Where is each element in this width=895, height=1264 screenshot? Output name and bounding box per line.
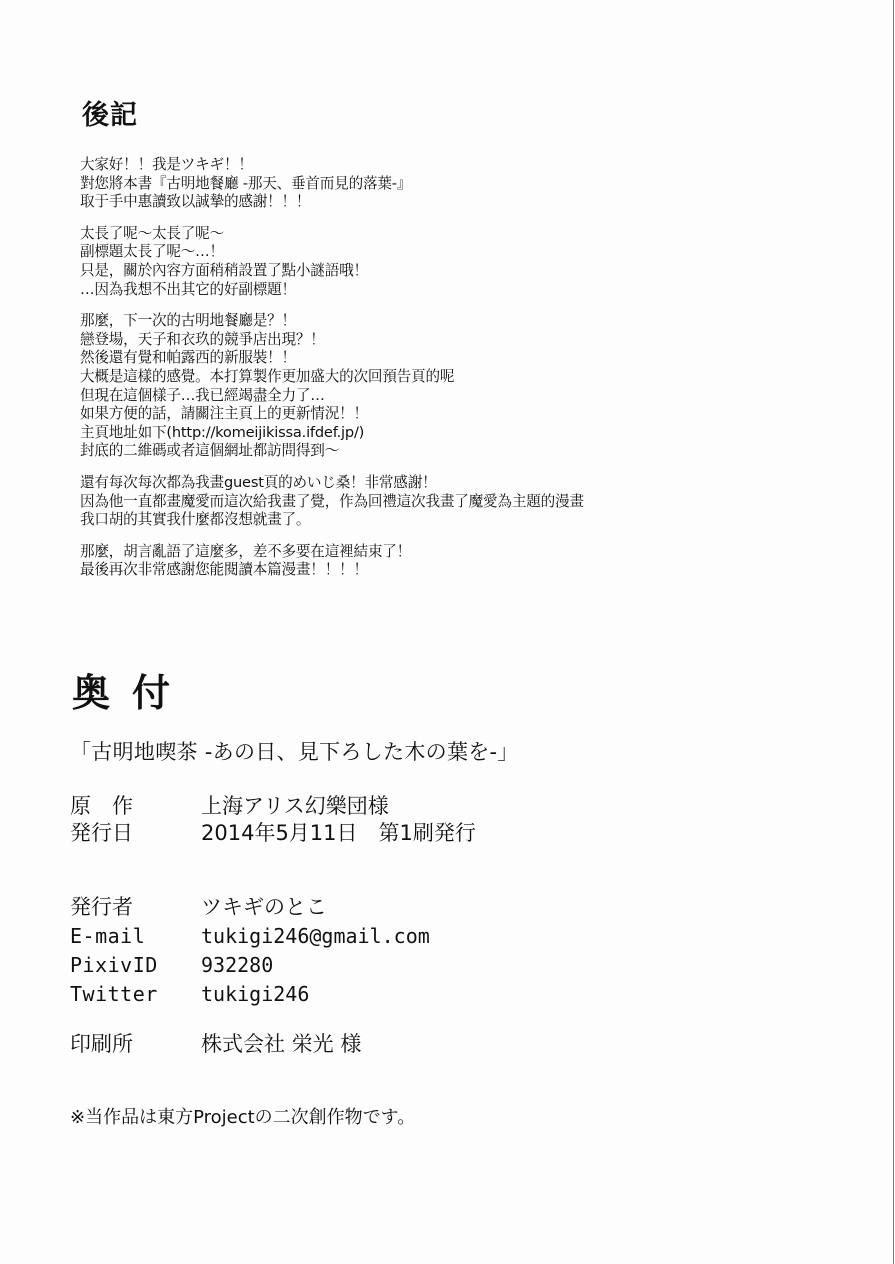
printer-label: 印刷所 bbox=[70, 1031, 201, 1058]
printer-group: 印刷所 株式会社 栄光 様 bbox=[70, 1031, 830, 1058]
publish-date-label: 発行日 bbox=[70, 820, 201, 847]
afterword-paragraph: 那麼，下一次的古明地餐廳是？！ 戀登場，天子和衣玖的競爭店出現？！ 然後還有覺和… bbox=[80, 312, 780, 461]
text-line: 那麼，胡言亂語了這麼多，差不多要在這裡結束了！ bbox=[80, 543, 780, 562]
pixiv-row: PixivID 932280 bbox=[70, 951, 830, 980]
publish-date-row: 発行日 2014年5月11日 第1刷発行 bbox=[70, 820, 830, 847]
text-line: 大概是這樣的感覺。本打算製作更加盛大的次回預告頁的呢 bbox=[80, 368, 780, 387]
afterword-paragraph: 太長了呢～太長了呢～ 副標題太長了呢～…！ 只是，關於內容方面稍稍設置了點小謎語… bbox=[80, 225, 780, 299]
afterword-paragraph: 那麼，胡言亂語了這麼多，差不多要在這裡結束了！ 最後再次非常感謝您能閱讀本篇漫畫… bbox=[80, 543, 780, 580]
email-row: E-mail tukigi246@gmail.com bbox=[70, 922, 830, 951]
origin-group: 原 作 上海アリス幻樂団様 発行日 2014年5月11日 第1刷発行 bbox=[70, 793, 830, 847]
pixiv-label: PixivID bbox=[70, 951, 201, 980]
text-line: 最後再次非常感謝您能閱讀本篇漫畫！！！！ bbox=[80, 561, 780, 580]
publisher-label: 発行者 bbox=[70, 892, 201, 922]
email-label: E-mail bbox=[70, 922, 201, 951]
text-line: 我口胡的其實我什麼都沒想就畫了。 bbox=[80, 511, 780, 530]
publish-date-value: 2014年5月11日 第1刷発行 bbox=[201, 820, 476, 847]
colophon-title: 奥付 bbox=[72, 668, 830, 718]
text-line: 副標題太長了呢～…！ bbox=[80, 243, 780, 262]
original-work-value: 上海アリス幻樂団様 bbox=[201, 793, 389, 820]
afterword-section: 後記 大家好！！我是ツキギ！！ 對您將本書『古明地餐廳 -那天、垂首而見的落葉-… bbox=[80, 98, 780, 593]
pixiv-value: 932280 bbox=[201, 951, 273, 980]
text-line: 還有每次每次都為我畫guest頁的めいじ桑！非常感謝！ bbox=[80, 474, 780, 493]
text-line: …因為我想不出其它的好副標題！ bbox=[80, 281, 780, 300]
publisher-value: ツキギのとこ bbox=[201, 892, 327, 922]
text-line: 只是，關於內容方面稍稍設置了點小謎語哦！ bbox=[80, 262, 780, 281]
original-work-row: 原 作 上海アリス幻樂団様 bbox=[70, 793, 830, 820]
text-line: 封底的二維碼或者這個網址都訪問得到～ bbox=[80, 442, 780, 461]
twitter-value: tukigi246 bbox=[201, 980, 309, 1009]
afterword-paragraph: 大家好！！我是ツキギ！！ 對您將本書『古明地餐廳 -那天、垂首而見的落葉-』 取… bbox=[80, 156, 780, 212]
text-line: 戀登場，天子和衣玖的競爭店出現？！ bbox=[80, 331, 780, 350]
colophon-section: 奥付 「古明地喫茶 -あの日、見下ろした木の葉を-」 原 作 上海アリス幻樂団様… bbox=[70, 668, 830, 1130]
work-title: 「古明地喫茶 -あの日、見下ろした木の葉を-」 bbox=[70, 738, 830, 766]
text-line: 太長了呢～太長了呢～ bbox=[80, 225, 780, 244]
twitter-row: Twitter tukigi246 bbox=[70, 980, 830, 1009]
homepage-url-line: 主頁地址如下(http://komeijikissa.ifdef.jp/) bbox=[80, 424, 780, 443]
email-value: tukigi246@gmail.com bbox=[201, 922, 430, 951]
text-line: 取于手中惠讀致以誠摯的感謝！！！ bbox=[80, 193, 780, 212]
twitter-label: Twitter bbox=[70, 980, 201, 1009]
original-work-label: 原 作 bbox=[70, 793, 201, 820]
text-line: 然後還有覺和帕露西的新服裝！！ bbox=[80, 349, 780, 368]
afterword-paragraph: 還有每次每次都為我畫guest頁的めいじ桑！非常感謝！ 因為他一直都畫魔愛而這次… bbox=[80, 474, 780, 530]
text-line: 對您將本書『古明地餐廳 -那天、垂首而見的落葉-』 bbox=[80, 175, 780, 194]
text-line: 因為他一直都畫魔愛而這次給我畫了覺，作為回禮這次我畫了魔愛為主題的漫畫 bbox=[80, 493, 780, 512]
text-line: 但現在這個樣子…我已經竭盡全力了… bbox=[80, 387, 780, 406]
publisher-group: 発行者 ツキギのとこ E-mail tukigi246@gmail.com Pi… bbox=[70, 892, 830, 1009]
printer-row: 印刷所 株式会社 栄光 様 bbox=[70, 1031, 830, 1058]
text-line: 那麼，下一次的古明地餐廳是？！ bbox=[80, 312, 780, 331]
scan-page-edge bbox=[893, 0, 894, 1264]
printer-value: 株式会社 栄光 様 bbox=[201, 1031, 361, 1058]
derivative-work-note: ※当作品は東方Projectの二次創作物です。 bbox=[70, 1106, 830, 1130]
text-line: 大家好！！我是ツキギ！！ bbox=[80, 156, 780, 175]
publisher-row: 発行者 ツキギのとこ bbox=[70, 892, 830, 922]
text-line: 如果方便的話，請關注主頁上的更新情況！！ bbox=[80, 405, 780, 424]
afterword-title: 後記 bbox=[82, 98, 780, 134]
